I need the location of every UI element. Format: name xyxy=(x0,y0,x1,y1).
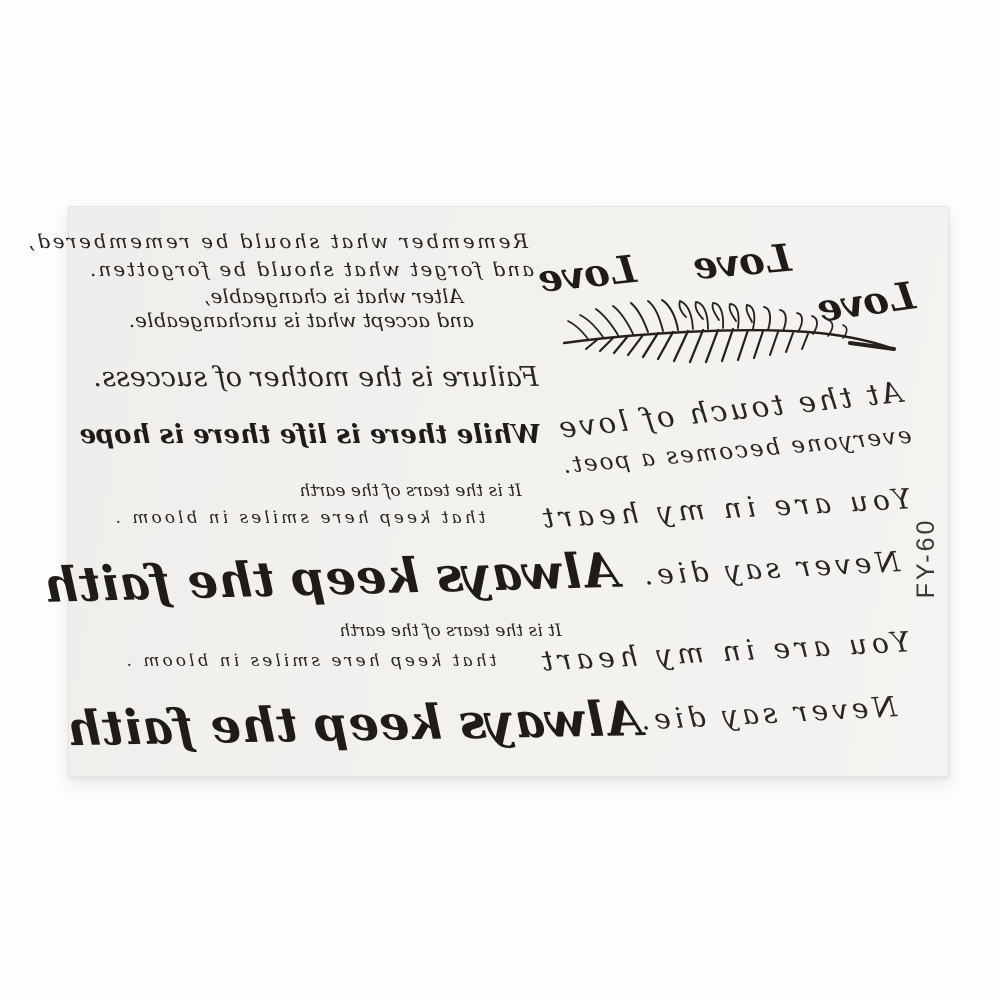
mirrored-tears-line-2-top: that keep here smiles in bloom . xyxy=(103,508,495,529)
mirrored-tears-line-2-bottom: that keep here smiles in bloom . xyxy=(114,651,506,672)
mirrored-quote-faith-1: Always keep the faith xyxy=(68,541,619,615)
mirrored-paragraph-line-3: Alter what is changeable, xyxy=(229,284,463,309)
product-photo: Remember what should be remembered, and … xyxy=(0,0,1000,1000)
mirrored-love-script-1: Love xyxy=(530,244,644,303)
mirrored-paragraph-line-4: and accept what is unchangeable. xyxy=(158,308,474,333)
mirrored-quote-hope: While there is life there is hope xyxy=(91,419,541,452)
mirrored-love-script-2: Love xyxy=(685,233,799,290)
mirrored-quote-heart-1: You are in my heart xyxy=(540,481,911,535)
mirrored-quote-heart-2: You are in my heart xyxy=(539,624,910,678)
mirrored-paragraph-line-1: Remember what should be remembered, xyxy=(76,229,528,254)
feather-quill-icon xyxy=(558,297,898,381)
sheet-code-label: FY-60 xyxy=(912,498,946,618)
tattoo-transfer-sheet: Remember what should be remembered, and … xyxy=(68,206,949,777)
mirrored-quote-die-2: Never say die. xyxy=(636,689,897,738)
mirrored-tears-line-1-bottom: It is the tears of the earth xyxy=(328,621,573,642)
mirrored-tears-line-1-top: It is the tears of the earth xyxy=(288,481,533,502)
mirrored-quote-faith-2: Always keep the faith xyxy=(86,689,643,759)
mirrored-quote-failure: Failure is the mother of success. xyxy=(91,361,541,395)
mirrored-quote-die-1: Never say die. xyxy=(639,544,900,593)
mirrored-paragraph-line-2: and forget what should be forgotten. xyxy=(104,257,534,282)
